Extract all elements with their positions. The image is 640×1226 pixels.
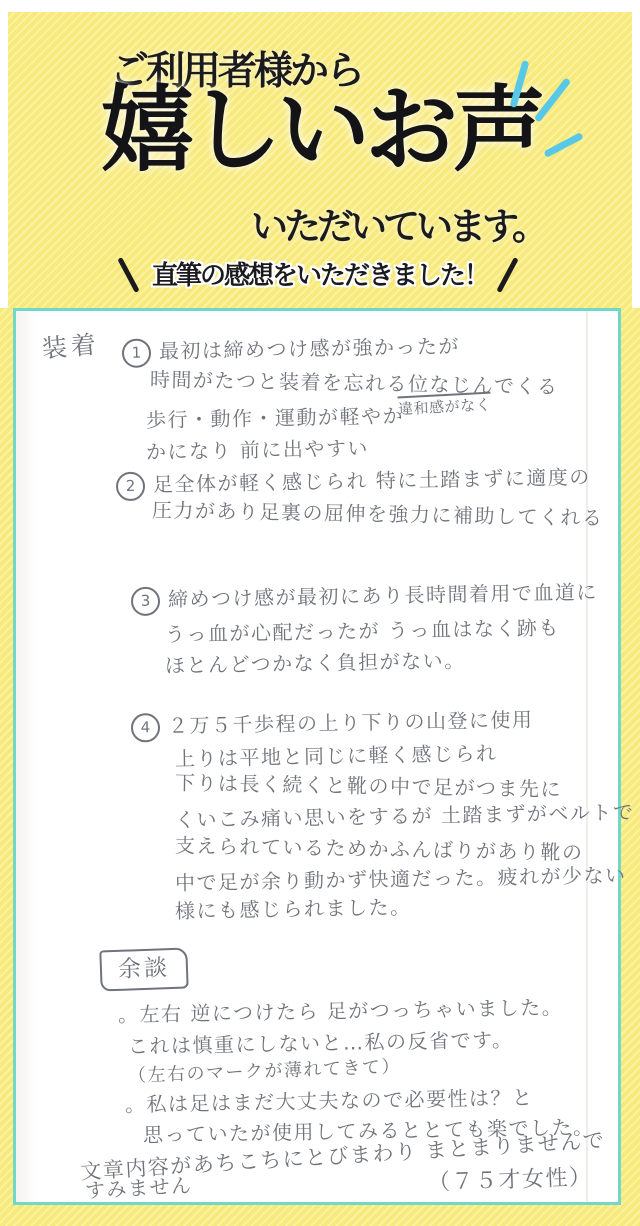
signature: （７５才女性） [428,1165,593,1196]
handwritten-line: 中で足が余り動かず快適だった。疲れが少ない [175,864,627,895]
handwritten-line: 様にも感じられました。 [175,896,412,923]
handwritten-line: 圧力があり足裏の屈伸を強力に補助してくれる [152,499,604,530]
header-section: ご利用者様から 嬉しいお声 いただいています。 直筆の感想をいただきました！ [8,12,632,308]
testimonial-item: 4 ２万５千歩程の上り下りの山登に使用 [131,708,534,742]
aside-box: 余談 [100,949,188,990]
handwritten-line: これは慎重にしないと…私の反省です。 [128,1029,514,1059]
handwritten-line: うっ血が心配だったが うっ血はなく跡も [165,617,560,647]
banner-label: 直筆の感想をいただきました！ [8,255,632,292]
aside-label: 余談 [99,947,188,991]
handwritten-line: 下りは長く続くと靴の中で足がつま先に [175,772,562,802]
handwritten-line: 。左右 逆につけたら 足がつっちゃいました。 [118,996,563,1027]
page-title: 嬉しいお声 [101,82,541,182]
circled-number: 4 [131,713,161,743]
handwritten-line: ２万５千歩程の上り下りの山登に使用 [168,708,534,737]
handwritten-line: くいこみ痛い思いをするが 土踏まずがベルトで [175,801,635,832]
handwritten-line: 時間がたつと装着を忘れる位なじんでくる [150,368,559,398]
handwritten-line: 。私は足はまだ大丈夫なので必要性は？と [125,1086,534,1116]
handwritten-annotation: 違和感がなく [397,392,491,419]
paper-crease [586,311,588,1202]
handwritten-line: （左右のマークが薄れてきて） [128,1057,402,1087]
handwritten-apology: すみません [84,1174,193,1203]
handwritten-line: 最初は締めつけ感が強かったが [159,335,460,363]
circled-number: 3 [131,587,161,617]
paper-shading [16,311,38,1202]
handwritten-line: 足全体が軽く感じられ 特に土踏まずに適度の [153,466,591,497]
sparkle-icon [543,132,583,158]
handwritten-line: 上りは平地と同じに軽く感じられ [175,742,498,771]
subtitle-text: いただいています。 [251,196,545,250]
circled-number: 2 [116,472,146,502]
handwritten-letter: 装着 1 最初は締めつけ感が強かったが 時間がたつと装着を忘れる位なじんでくる … [13,308,621,1205]
circled-number: 1 [122,338,152,368]
section-label: 装着 [41,331,101,365]
testimonial-item: 1 最初は締めつけ感が強かったが [122,335,460,368]
paper-frame: 装着 1 最初は締めつけ感が強かったが 時間がたつと装着を忘れる位なじんでくる … [0,308,640,1226]
handwritten-line: 締めつけ感が最初にあり長時間着用で血道に [168,581,598,612]
handwritten-line: 支えられているためかふんばりがあり靴の [175,834,584,864]
handwritten-line: ほとんどつかなく負担がない。 [165,649,466,677]
handwritten-line: 歩行・動作・運動が軽やか [146,405,404,432]
testimonial-item: 3 締めつけ感が最初にあり長時間着用で血道に [131,581,598,616]
handwritten-line: かになり 前に出やすい [146,437,369,464]
testimonial-item: 2 足全体が軽く感じられ 特に土踏まずに適度の [116,466,591,501]
